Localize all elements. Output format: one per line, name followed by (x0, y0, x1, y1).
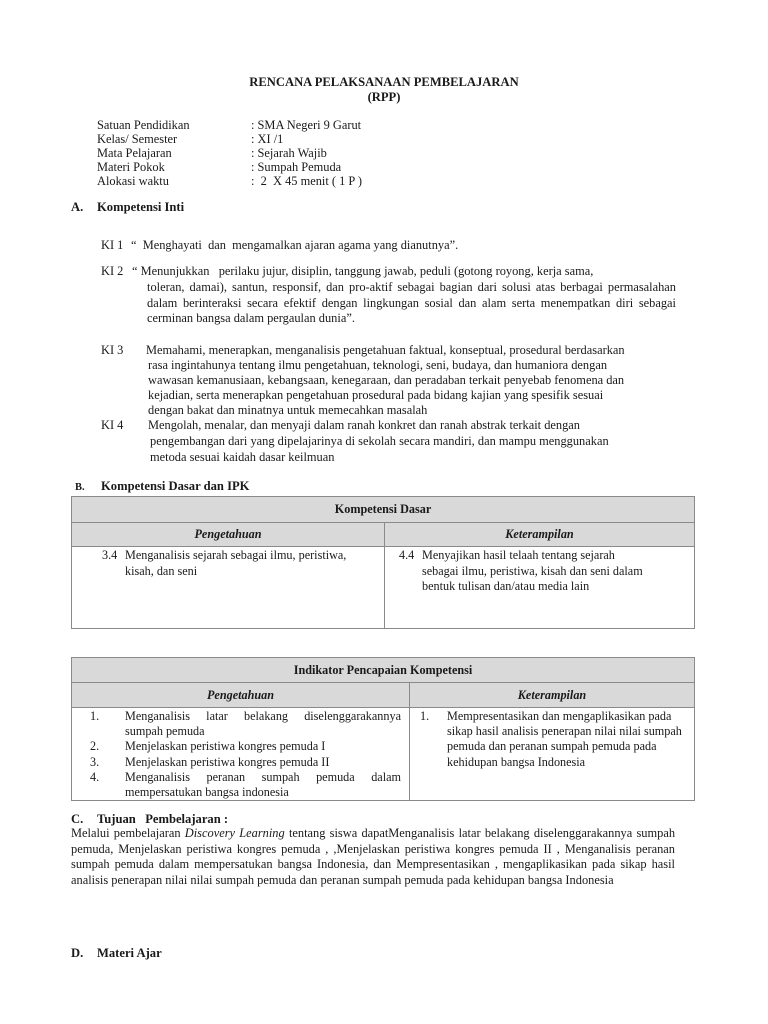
item-number: 4. (90, 770, 99, 785)
tujuan-text: Melalui pembelajaran (71, 826, 185, 840)
ki-text: dengan bakat dan minatnya untuk memecahk… (148, 403, 427, 418)
item-text: Menjelaskan peristiwa kongres pemuda I (125, 739, 325, 753)
section-title: Materi Ajar (97, 946, 162, 960)
section-letter: C. (71, 812, 97, 827)
identity-label: Mata Pelajaran (97, 146, 172, 160)
identity-value: : SMA Negeri 9 Garut (251, 118, 361, 132)
list-item: 1.Menganalisis latar belakang diselengga… (72, 709, 401, 739)
kd-number: 3.4 (102, 548, 117, 564)
ki-text: Memahami, menerapkan, menganalisis penge… (146, 343, 625, 358)
identity-label: Alokasi waktu (97, 174, 169, 188)
identity-label: Satuan Pendidikan (97, 118, 190, 132)
ki-text: metoda sesuai kaidah dasar keilmuan (150, 450, 334, 465)
identity-label: Materi Pokok (97, 160, 165, 174)
kd-text: bentuk tulisan dan/atau media lain (422, 579, 694, 595)
ipk-table: Indikator Pencapaian Kompetensi Pengetah… (71, 657, 695, 801)
ki-label: KI 1 (101, 238, 123, 253)
ki-text: toleran, damai), santun, responsif, dan … (147, 280, 676, 327)
document-title: RENCANA PELAKSANAAN PEMBELAJARAN (0, 75, 768, 90)
column-header-keterampilan: Keterampilan (385, 523, 695, 547)
kd-text: Menyajikan hasil telaah tentang sejarah (422, 547, 694, 564)
kompetensi-dasar-table: Kompetensi Dasar Pengetahuan Keterampila… (71, 496, 695, 629)
table-header: Indikator Pencapaian Kompetensi (72, 658, 695, 683)
item-text: Menganalisis latar belakang diselenggara… (125, 709, 401, 738)
tujuan-paragraph: Melalui pembelajaran Discovery Learning … (71, 826, 675, 888)
item-number: 1. (90, 709, 99, 724)
ki-label: KI 4 (101, 418, 123, 433)
kd-text: Menganalisis sejarah sebagai ilmu, peris… (125, 547, 384, 564)
ki-text: Mengolah, menalar, dan menyaji dalam ran… (148, 418, 580, 433)
section-letter: A. (71, 200, 97, 215)
item-text: Menganalisis peranan sumpah pemuda dalam… (125, 770, 401, 799)
ipk-pengetahuan-list: 1.Menganalisis latar belakang diselengga… (72, 708, 409, 800)
section-title: Kompetensi Dasar dan IPK (101, 479, 249, 493)
section-a-heading: A.Kompetensi Inti (71, 200, 184, 215)
item-text: Mempresentasikan dan mengaplikasikan pad… (447, 709, 682, 769)
column-header-pengetahuan: Pengetahuan (72, 523, 385, 547)
ki-text: rasa ingintahunya tentang ilmu pengetahu… (148, 358, 607, 373)
item-text: Menjelaskan peristiwa kongres pemuda II (125, 755, 329, 769)
identity-value: : Sejarah Wajib (251, 146, 327, 160)
item-number: 1. (420, 709, 429, 724)
list-item: 4.Menganalisis peranan sumpah pemuda dal… (72, 770, 401, 800)
item-number: 2. (90, 739, 99, 754)
list-item: 2.Menjelaskan peristiwa kongres pemuda I (72, 739, 401, 754)
ki-text: “ Menunjukkan perilaku jujur, disiplin, … (132, 264, 676, 280)
item-number: 3. (90, 755, 99, 770)
ipk-pengetahuan-cell: 1.Menganalisis latar belakang diselengga… (72, 708, 410, 801)
list-item: 1.Mempresentasikan dan mengaplikasikan p… (410, 709, 688, 770)
section-c-heading: C.Tujuan Pembelajaran : (71, 812, 228, 827)
ipk-keterampilan-cell: 1.Mempresentasikan dan mengaplikasikan p… (410, 708, 695, 801)
section-letter: B. (75, 482, 101, 493)
list-item: 3.Menjelaskan peristiwa kongres pemuda I… (72, 755, 401, 770)
kd-text: sebagai ilmu, peristiwa, kisah dan seni … (422, 564, 694, 580)
section-title: Kompetensi Inti (97, 200, 184, 214)
identity-value: : XI /1 (251, 132, 283, 146)
table-header: Kompetensi Dasar (72, 497, 695, 523)
ki-label: KI 3 (101, 343, 123, 358)
kd-keterampilan-cell: 4.4 Menyajikan hasil telaah tentang seja… (385, 547, 695, 629)
ki-text: pengembangan dari yang dipelajarinya di … (150, 434, 609, 449)
column-header-pengetahuan: Pengetahuan (72, 683, 410, 708)
identity-label: Kelas/ Semester (97, 132, 177, 146)
identity-value: : Sumpah Pemuda (251, 160, 341, 174)
document-subtitle: (RPP) (0, 90, 768, 105)
section-d-heading: D.Materi Ajar (71, 946, 162, 961)
section-b-heading: B.Kompetensi Dasar dan IPK (75, 479, 249, 494)
section-letter: D. (71, 946, 97, 961)
ki-text: wawasan kemanusiaan, kebangsaan, kenegar… (148, 373, 624, 388)
section-title: Tujuan Pembelajaran : (97, 812, 228, 826)
column-header-keterampilan: Keterampilan (410, 683, 695, 708)
kd-text: kisah, dan seni (125, 564, 384, 580)
method-name: Discovery Learning (185, 826, 285, 840)
ipk-keterampilan-list: 1.Mempresentasikan dan mengaplikasikan p… (410, 708, 694, 770)
ki-text: “ Menghayati dan mengamalkan ajaran agam… (131, 238, 458, 253)
ki-label: KI 2 (101, 264, 123, 279)
identity-value: : 2 X 45 menit ( 1 P ) (251, 174, 362, 188)
ki-text: kejadian, serta menerapkan pengetahuan p… (148, 388, 603, 403)
kd-number: 4.4 (399, 548, 414, 564)
kd-pengetahuan-cell: 3.4 Menganalisis sejarah sebagai ilmu, p… (72, 547, 385, 629)
